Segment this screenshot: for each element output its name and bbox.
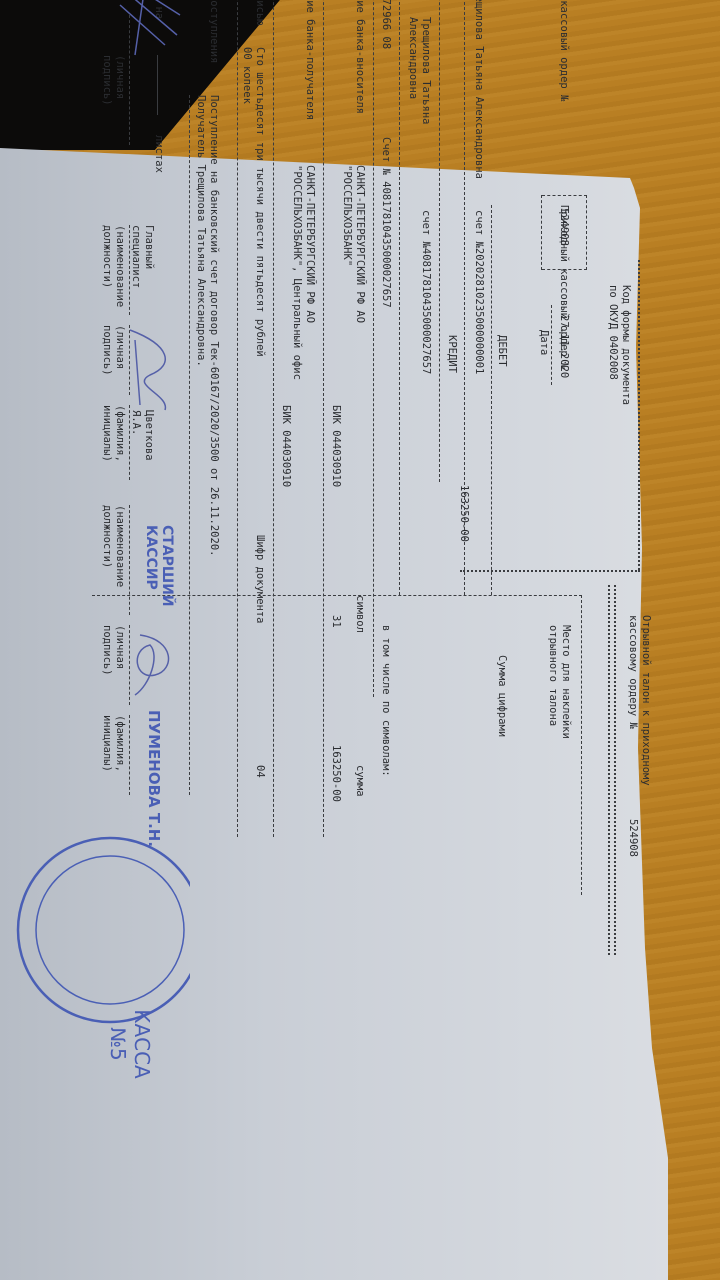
credit-account: счет №40817810435000027657 <box>419 210 432 374</box>
depositor-bank-label: Наименование банка-вносителя <box>353 0 366 114</box>
amount-figures-label: Сумма цифрами <box>495 655 508 737</box>
from-whom: Трещилова Татьяна Александровна <box>472 0 485 179</box>
tear-off-title: Отрывной талон к приходному кассовому ор… <box>626 615 652 786</box>
amount-words: Сто шестьдесят три тысячи двести пятьдес… <box>240 47 266 357</box>
debit-label: ДЕБЕТ <box>495 335 508 367</box>
account-line: Счет № 40817810435000027657 <box>379 137 392 308</box>
depositor-bank: САНКТ-ПЕТЕРБУРГСКИЙ РФ АО "РОССЕЛЬХОЗБАН… <box>340 165 366 323</box>
amount-label: сумма <box>353 765 366 797</box>
including-symbols: в том числе по символам: <box>379 625 392 777</box>
source: Поступление на банковский счет договор Т… <box>194 95 220 556</box>
debit-account: счет №20202810235000000001 <box>472 210 485 374</box>
recipient-bank-label: Наименование банка-получателя <box>303 0 316 120</box>
cashier-name-caption: (фамилия, инициалы) <box>100 715 126 772</box>
date-label: Дата <box>537 330 550 355</box>
round-stamp <box>0 820 190 1030</box>
order-number: 524908 <box>557 208 570 246</box>
date-value: 27.11.2020 <box>557 315 570 378</box>
sticker-place: Место для наклейки отрывного талона <box>546 625 572 739</box>
cashier-signature <box>125 630 180 700</box>
form-code-label: Код формы документа по ОКУД 0402008 <box>606 285 632 405</box>
attachments-suffix: листах <box>152 135 165 173</box>
position-caption: (наименование должности) <box>100 225 126 307</box>
recipient-bik: БИК 044030910 <box>279 405 292 487</box>
doc-cipher: 04 <box>253 765 266 778</box>
recipient-bank: САНКТ-ПЕТЕРБУРГСКИЙ РФ АО "РОССЕЛЬХОЗБАН… <box>290 165 316 380</box>
order-title: Приходный кассовый ордер № <box>557 0 570 101</box>
symbol-value: 31 <box>329 615 342 628</box>
cashier-signature-caption: (личная подпись) <box>100 625 126 676</box>
credit-label: КРЕДИТ <box>445 335 458 373</box>
symbol-amount: 163250-00 <box>329 745 342 802</box>
senior-cashier-stamp: СТАРШИЙ КАССИР <box>143 525 175 607</box>
chief-specialist-label: Главный специалист <box>129 225 155 288</box>
depositor-signature <box>115 0 185 65</box>
recipient: Трещилова Татьяна Александровна <box>406 17 432 124</box>
inn-value: 4707072966 08 <box>379 0 392 49</box>
symbol-label: символ <box>353 595 366 633</box>
amount-words-label: Сумма прописью <box>253 0 266 26</box>
source-label: Источник поступления <box>207 0 220 63</box>
kassa-stamp-text: КАССА №5 <box>106 1009 154 1079</box>
chief-specialist-name: Цветкова Я.А. <box>129 410 155 461</box>
cashier-position-caption: (наименование должности) <box>100 505 126 587</box>
chief-specialist-signature <box>120 325 180 415</box>
doc-cipher-label: Шифр документа <box>253 535 266 624</box>
tear-off-number: 524908 <box>626 819 639 857</box>
depositor-bik: БИК 044030910 <box>329 405 342 487</box>
